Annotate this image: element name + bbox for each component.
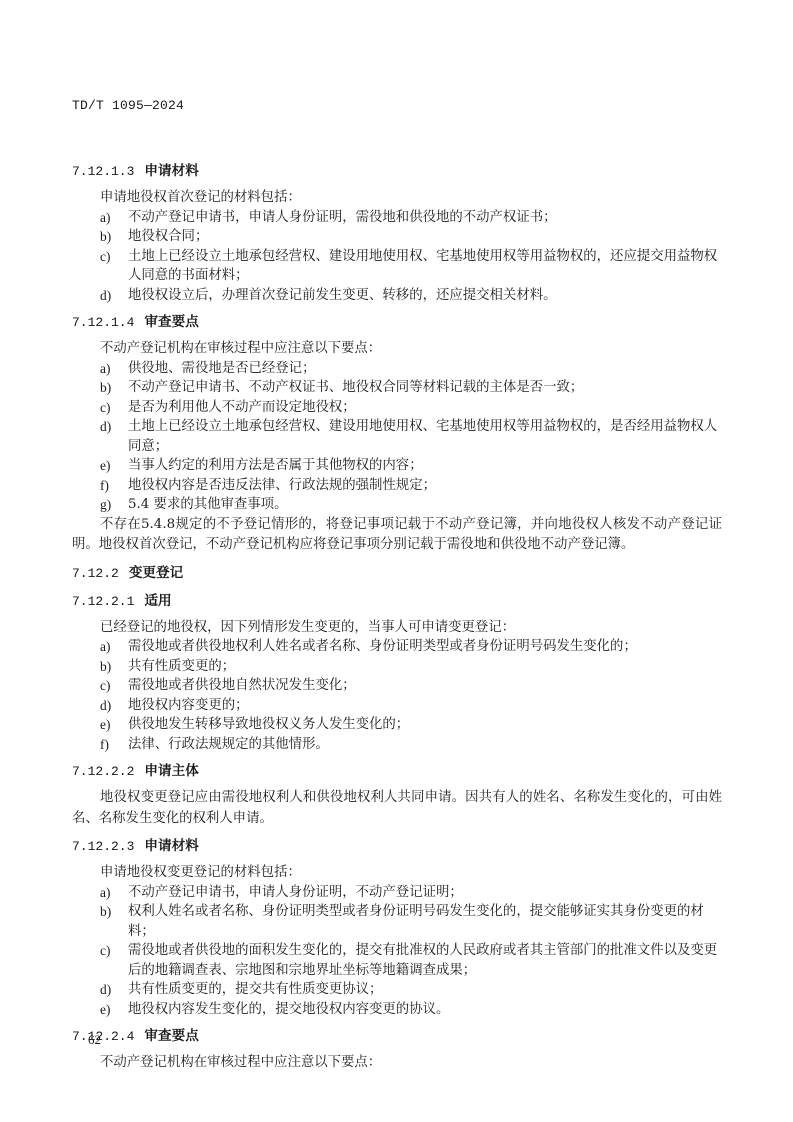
section-title: 申请材料	[144, 163, 198, 179]
standard-code-header: TD/T 1095—2024	[72, 98, 184, 113]
list-item-text: 地役权内容变更的；	[128, 696, 722, 716]
list-marker: d)	[100, 980, 128, 1000]
list-marker: b)	[100, 902, 128, 941]
section-heading: 7.12.2.1适用	[72, 590, 722, 612]
list-item: b)不动产登记申请书、不动产权证书、地役权合同等材料记载的主体是否一致；	[72, 378, 722, 398]
list-item: a)需役地或者供役地权利人姓名或者名称、身份证明类型或者身份证明号码发生变化的；	[72, 637, 722, 657]
list-item: e)地役权内容发生变化的，提交地役权内容变更的协议。	[72, 1000, 722, 1020]
section-heading: 7.12.2.4审查要点	[72, 1025, 722, 1047]
section-body-paragraph: 地役权变更登记应由需役地权利人和供役地权利人共同申请。因共有人的姓名、名称发生变…	[72, 788, 722, 829]
list-marker: c)	[100, 676, 128, 696]
section-intro: 不动产登记机构在审核过程中应注意以下要点：	[72, 1053, 722, 1073]
list-item: d)土地上已经设立土地承包经营权、建设用地使用权、宅基地使用权等用益物权的，是否…	[72, 417, 722, 456]
section-number: 7.12.2	[72, 563, 119, 585]
section-intro: 已经登记的地役权，因下列情形发生变更的，当事人可申请变更登记：	[72, 618, 722, 638]
document-content: 7.12.1.3申请材料 申请地役权首次登记的材料包括： a)不动产登记申请书，…	[72, 160, 722, 1079]
section-heading: 7.12.2.2申请主体	[72, 760, 722, 782]
list-marker: a)	[100, 208, 128, 228]
list-item: d)地役权内容变更的；	[72, 696, 722, 716]
section-number: 7.12.2.2	[72, 761, 134, 783]
list-item-text: 地役权设立后，办理首次登记前发生变更、转移的，还应提交相关材料。	[128, 286, 722, 306]
list-item-text: 地役权内容是否违反法律、行政法规的强制性规定；	[128, 476, 722, 496]
list-item: a)不动产登记申请书，申请人身份证明，需役地和供役地的不动产权证书；	[72, 208, 722, 228]
list-item: c)是否为利用他人不动产而设定地役权；	[72, 398, 722, 418]
list-marker: a)	[100, 637, 128, 657]
list-item: f)地役权内容是否违反法律、行政法规的强制性规定；	[72, 476, 722, 496]
list-item-text: 5.4 要求的其他审查事项。	[128, 495, 722, 515]
section-title: 申请材料	[144, 838, 198, 854]
list-marker: e)	[100, 715, 128, 735]
section-title: 变更登记	[129, 565, 183, 581]
list-marker: b)	[100, 378, 128, 398]
list-marker: a)	[100, 883, 128, 903]
section-heading: 7.12.2.3申请材料	[72, 835, 722, 857]
section-7-12-2-2: 7.12.2.2申请主体 地役权变更登记应由需役地权利人和供役地权利人共同申请。…	[72, 760, 722, 829]
list-item: c)土地上已经设立土地承包经营权、建设用地使用权、宅基地使用权等用益物权的，还应…	[72, 247, 722, 286]
list-marker: c)	[100, 941, 128, 980]
list-item-text: 不动产登记申请书，申请人身份证明，不动产登记证明；	[128, 883, 722, 903]
list-item-text: 当事人约定的利用方法是否属于其他物权的内容；	[128, 456, 722, 476]
section-number: 7.12.2.4	[72, 1026, 134, 1048]
list-item: g)5.4 要求的其他审查事项。	[72, 495, 722, 515]
list-item-text: 需役地或者供役地的面积发生变化的，提交有批准权的人民政府或者其主管部门的批准文件…	[128, 941, 722, 980]
section-7-12-2-1: 7.12.2.1适用 已经登记的地役权，因下列情形发生变更的，当事人可申请变更登…	[72, 590, 722, 755]
list-marker: c)	[100, 398, 128, 418]
list-item-text: 是否为利用他人不动产而设定地役权；	[128, 398, 722, 418]
list-item: c)需役地或者供役地的面积发生变化的，提交有批准权的人民政府或者其主管部门的批准…	[72, 941, 722, 980]
section-title: 审查要点	[144, 314, 198, 330]
list-marker: b)	[100, 657, 128, 677]
list-item-text: 需役地或者供役地自然状况发生变化；	[128, 676, 722, 696]
section-number: 7.12.1.4	[72, 312, 134, 334]
list-item: f)法律、行政法规规定的其他情形。	[72, 735, 722, 755]
list-item: d)共有性质变更的，提交共有性质变更协议；	[72, 980, 722, 1000]
section-closing-paragraph: 不存在5.4.8规定的不予登记情形的，将登记事项记载于不动产登记簿，并向地役权人…	[72, 515, 722, 556]
section-number: 7.12.1.3	[72, 161, 134, 183]
list-item: e)当事人约定的利用方法是否属于其他物权的内容；	[72, 456, 722, 476]
list-marker: a)	[100, 359, 128, 379]
list-marker: f)	[100, 476, 128, 496]
section-title: 审查要点	[144, 1028, 198, 1044]
section-heading: 7.12.2变更登记	[72, 562, 722, 584]
section-number: 7.12.2.1	[72, 591, 134, 613]
list-item: a)供役地、需役地是否已经登记；	[72, 359, 722, 379]
list-item-text: 需役地或者供役地权利人姓名或者名称、身份证明类型或者身份证明号码发生变化的；	[128, 637, 722, 657]
list-item-text: 不动产登记申请书、不动产权证书、地役权合同等材料记载的主体是否一致；	[128, 378, 722, 398]
list-item: b)共有性质变更的；	[72, 657, 722, 677]
section-number: 7.12.2.3	[72, 836, 134, 858]
section-intro: 申请地役权首次登记的材料包括：	[72, 188, 722, 208]
list-item-text: 共有性质变更的，提交共有性质变更协议；	[128, 980, 722, 1000]
document-page: TD/T 1095—2024 7.12.1.3申请材料 申请地役权首次登记的材料…	[0, 0, 793, 1122]
section-7-12-1-3: 7.12.1.3申请材料 申请地役权首次登记的材料包括： a)不动产登记申请书，…	[72, 160, 722, 305]
section-heading: 7.12.1.4审查要点	[72, 311, 722, 333]
list-item-text: 地役权合同；	[128, 227, 722, 247]
section-7-12-2-4: 7.12.2.4审查要点 不动产登记机构在审核过程中应注意以下要点：	[72, 1025, 722, 1073]
list-item: e)供役地发生转移导致地役权义务人发生变化的；	[72, 715, 722, 735]
list-item-text: 土地上已经设立土地承包经营权、建设用地使用权、宅基地使用权等用益物权的，是否经用…	[128, 417, 722, 456]
list-item-text: 不动产登记申请书，申请人身份证明，需役地和供役地的不动产权证书；	[128, 208, 722, 228]
list-marker: e)	[100, 456, 128, 476]
section-title: 申请主体	[144, 763, 198, 779]
list-item: c)需役地或者供役地自然状况发生变化；	[72, 676, 722, 696]
section-intro: 申请地役权变更登记的材料包括：	[72, 863, 722, 883]
list-marker: d)	[100, 286, 128, 306]
section-heading: 7.12.1.3申请材料	[72, 160, 722, 182]
list-item-text: 共有性质变更的；	[128, 657, 722, 677]
section-intro: 不动产登记机构在审核过程中应注意以下要点：	[72, 339, 722, 359]
section-title: 适用	[144, 593, 171, 609]
list-item-text: 供役地发生转移导致地役权义务人发生变化的；	[128, 715, 722, 735]
list-marker: d)	[100, 696, 128, 716]
section-7-12-2: 7.12.2变更登记	[72, 562, 722, 584]
section-7-12-2-3: 7.12.2.3申请材料 申请地役权变更登记的材料包括： a)不动产登记申请书，…	[72, 835, 722, 1019]
page-number: 62	[88, 1032, 101, 1048]
list-marker: g)	[100, 495, 128, 515]
section-7-12-1-4: 7.12.1.4审查要点 不动产登记机构在审核过程中应注意以下要点： a)供役地…	[72, 311, 722, 556]
list-marker: d)	[100, 417, 128, 456]
list-item-text: 土地上已经设立土地承包经营权、建设用地使用权、宅基地使用权等用益物权的，还应提交…	[128, 247, 722, 286]
list-item-text: 法律、行政法规规定的其他情形。	[128, 735, 722, 755]
list-item: a)不动产登记申请书，申请人身份证明，不动产登记证明；	[72, 883, 722, 903]
list-item-text: 供役地、需役地是否已经登记；	[128, 359, 722, 379]
list-item: d)地役权设立后，办理首次登记前发生变更、转移的，还应提交相关材料。	[72, 286, 722, 306]
list-marker: f)	[100, 735, 128, 755]
list-item: b)地役权合同；	[72, 227, 722, 247]
list-marker: e)	[100, 1000, 128, 1020]
list-marker: c)	[100, 247, 128, 286]
list-item-text: 权利人姓名或者名称、身份证明类型或者身份证明号码发生变化的，提交能够证实其身份变…	[128, 902, 722, 941]
list-marker: b)	[100, 227, 128, 247]
list-item-text: 地役权内容发生变化的，提交地役权内容变更的协议。	[128, 1000, 722, 1020]
list-item: b)权利人姓名或者名称、身份证明类型或者身份证明号码发生变化的，提交能够证实其身…	[72, 902, 722, 941]
